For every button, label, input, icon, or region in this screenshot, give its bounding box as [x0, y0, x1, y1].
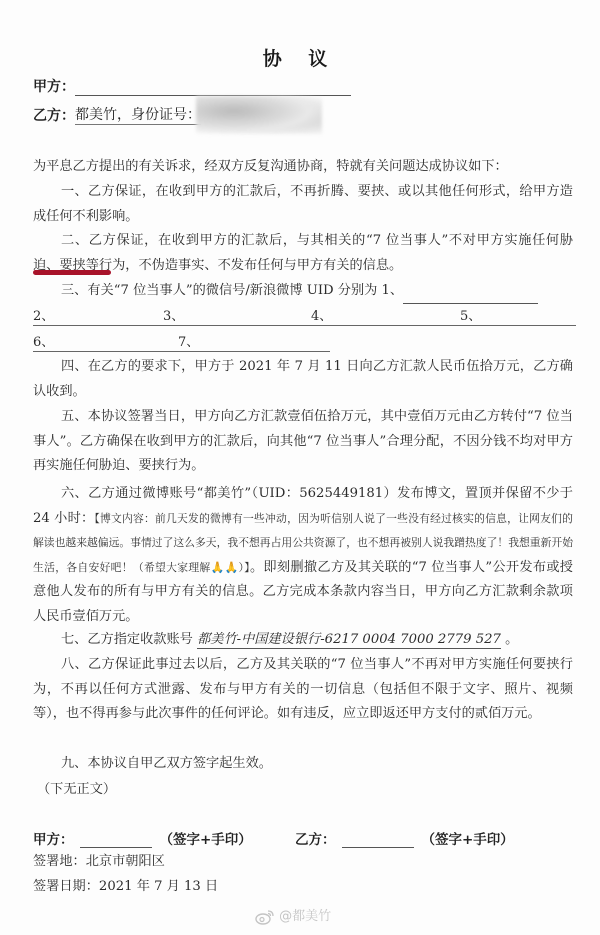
clause-2: 二、乙方保证，在收到甲方的汇款后，与其相关的“7 位当事人”不对甲方实施任何胁迫… [33, 229, 573, 278]
party-b-sign-label: 乙方： [295, 832, 336, 848]
clause-7-text-before: 七、乙方指定收款账号 [61, 632, 197, 647]
party-a-sign-blank [80, 833, 152, 848]
party-a-sign-note: （签字+手印） [160, 832, 252, 848]
party-b-value: 都美竹，身份证号： [75, 104, 201, 125]
clause-3-text: 三、有关“7 位当事人”的微信号/新浪微博 UID 分别为 1、 [61, 283, 403, 298]
preamble: 为平息乙方提出的有关诉求，经双方反复沟通协商，特就有关问题达成协议如下： [33, 155, 573, 180]
uid-blank-1 [403, 289, 538, 304]
clause-1: 一、乙方保证，在收到甲方的汇款后，不再折腾、要挟、或以其他任何形式，给甲方造成任… [33, 180, 573, 229]
clause-5: 五、本协议签署当日，甲方向乙方汇款壹佰伍拾万元，其中壹佰万元由乙方转付“7 位当… [33, 405, 573, 479]
sign-place: 签署地：北京市朝阳区 [33, 850, 165, 869]
party-a-sign-label: 甲方： [33, 832, 74, 848]
party-a-signature: 甲方：（签字+手印） [33, 828, 252, 848]
party-b-line: 乙方：都美竹，身份证号： [33, 104, 201, 125]
clause-6: 六、乙方通过微博账号“都美竹”（UID：5625449181）发布博文，置顶并保… [33, 482, 573, 629]
uid-blank-2: 2、 [33, 305, 54, 324]
weibo-watermark: @都美竹 [255, 905, 331, 925]
party-a-label: 甲方： [33, 79, 75, 95]
party-b-label: 乙方： [33, 108, 75, 124]
clause-7-text-after: 。 [501, 632, 518, 647]
uid-blank-4: 4、 [311, 305, 332, 324]
clause-3: 三、有关“7 位当事人”的微信号/新浪微博 UID 分别为 1、 [33, 279, 573, 304]
clause-7: 七、乙方指定收款账号 都美竹-中国建设银行-6217 0004 7000 277… [33, 628, 573, 653]
bank-account: 都美竹-中国建设银行-6217 0004 7000 2779 527 [197, 632, 501, 649]
uid-blank-row-3: 6、 7、 [33, 331, 330, 352]
page-title: 协 议 [0, 44, 600, 71]
party-a-line: 甲方： [33, 76, 351, 96]
party-b-sign-note: （签字+手印） [422, 832, 514, 848]
party-a-blank [75, 81, 351, 96]
uid-blank-6: 6、 [33, 331, 54, 350]
clause-9: 九、本协议自甲乙双方签字起生效。 [33, 752, 573, 777]
document-page: 协 议 甲方： 乙方：都美竹，身份证号： 为平息乙方提出的有关诉求，经双方反复沟… [0, 0, 600, 935]
sign-date: 签署日期：2021 年 7 月 13 日 [33, 875, 218, 894]
uid-blank-3: 3、 [163, 305, 184, 324]
praying-hands-emoji-icon: 🙏🙏 [211, 561, 239, 574]
uid-blank-5: 5、 [460, 305, 481, 324]
uid-blank-7: 7、 [178, 331, 199, 350]
redacted-id-blur [196, 96, 322, 134]
weibo-post-quote-end: ）】 [239, 561, 250, 574]
uid-blank-row-2: 2、 3、 4、 5、 [33, 305, 576, 326]
party-b-signature: 乙方：（签字+手印） [295, 828, 514, 848]
red-underline-highlight [33, 270, 111, 275]
party-b-sign-blank [342, 833, 414, 848]
end-note: （下无正文） [37, 778, 116, 797]
clause-4: 四、在乙方的要求下，甲方于 2021 年 7 月 11 日向乙方汇款人民币伍拾万… [33, 355, 573, 404]
watermark-handle: @都美竹 [279, 909, 331, 924]
weibo-logo-icon [255, 909, 279, 924]
clause-8: 八、乙方保证此事过去以后，乙方及其关联的“7 位当事人”不再对甲方实施任何要挟行… [33, 653, 573, 727]
